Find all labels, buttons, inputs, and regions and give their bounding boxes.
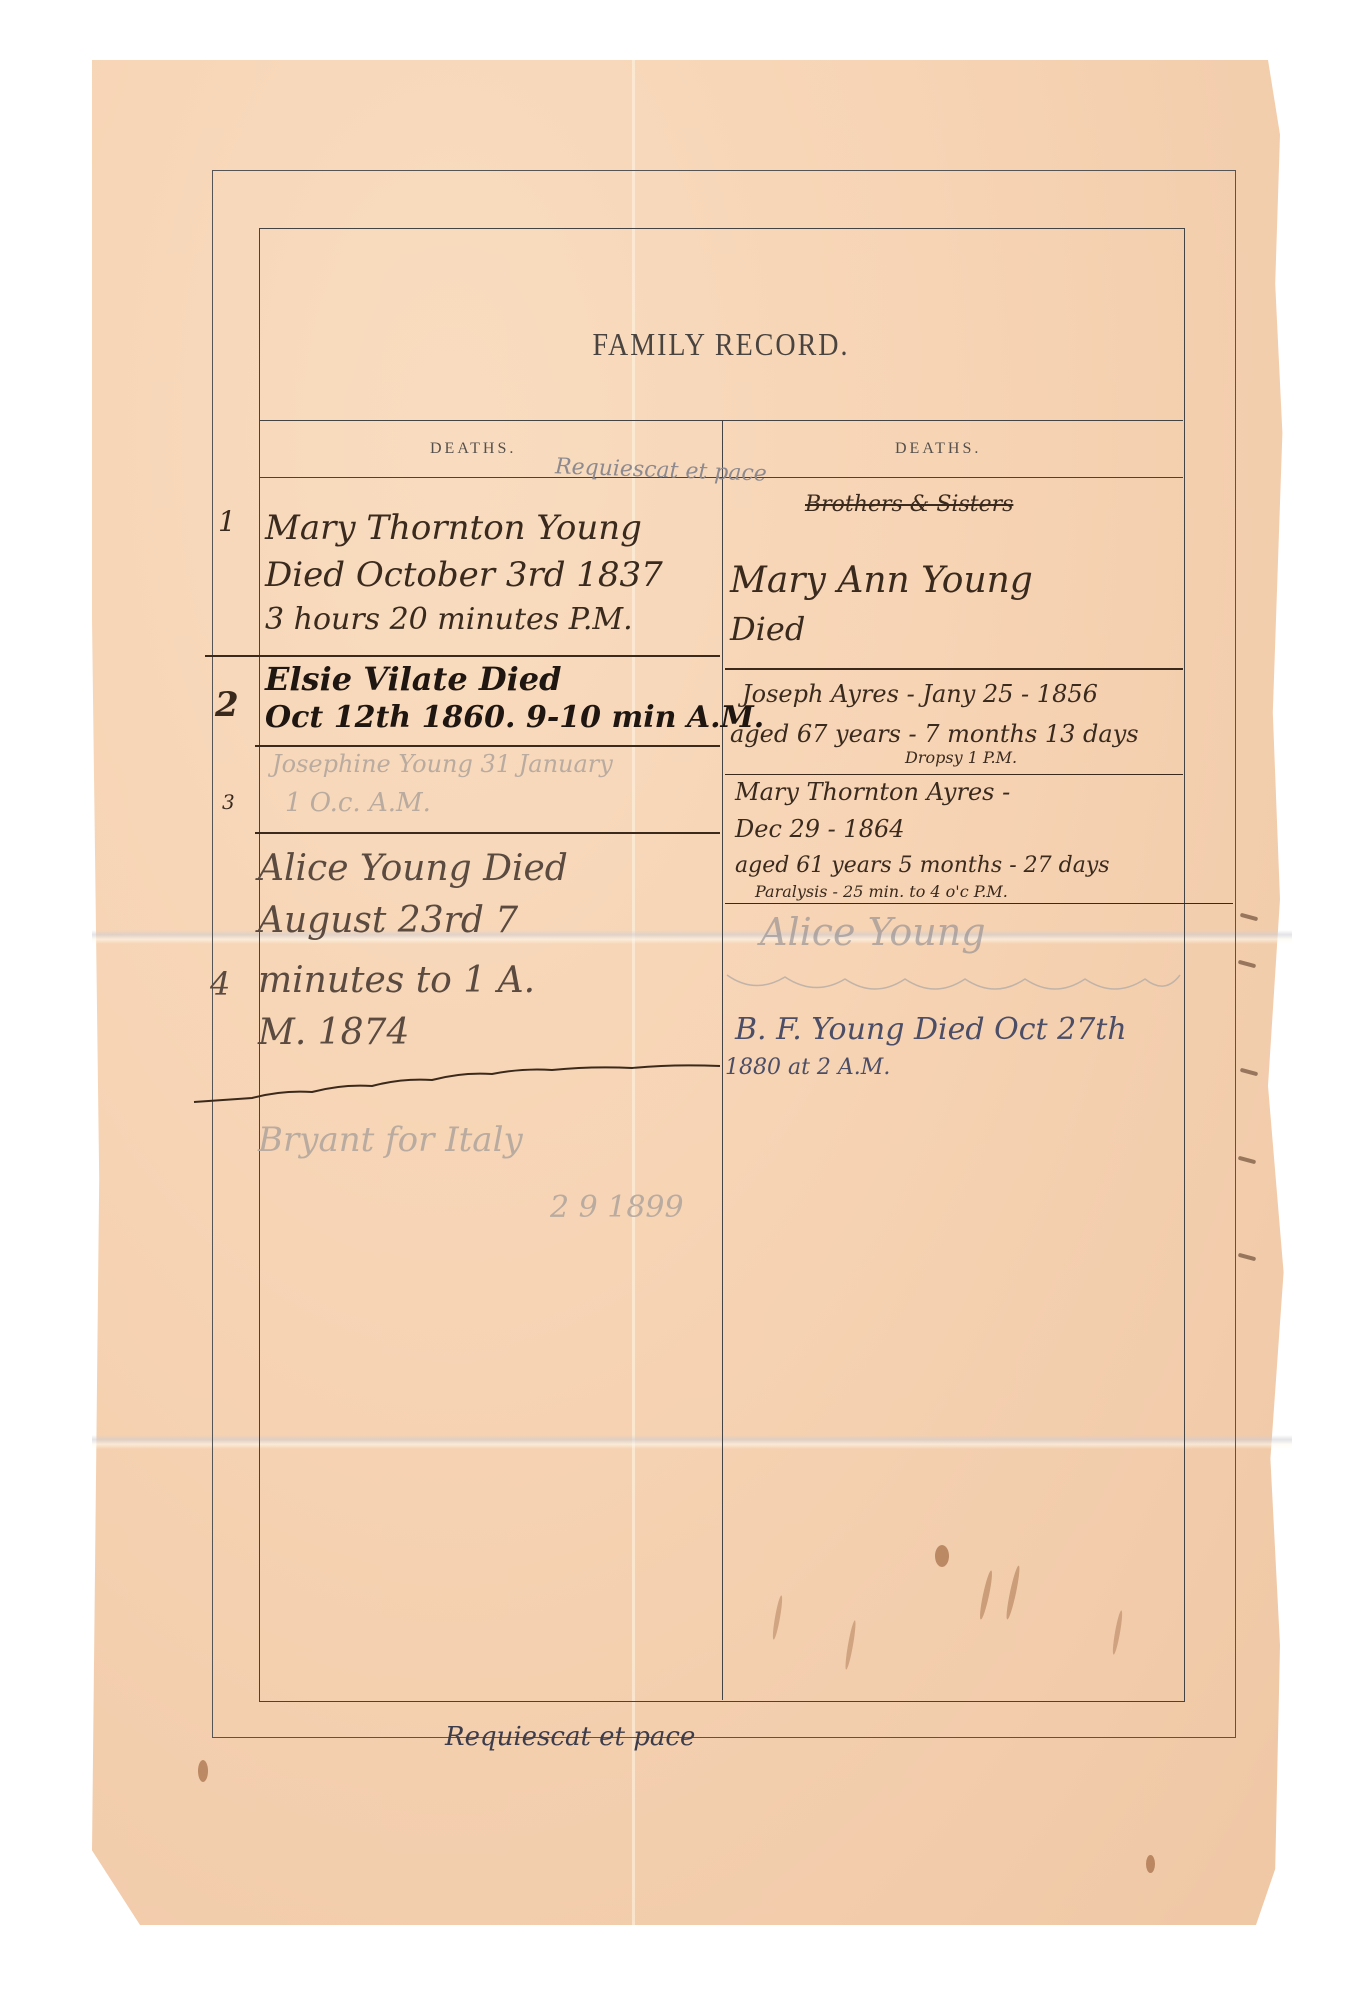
entry-line: 1 O.c. A.M. bbox=[285, 788, 431, 818]
entry-separator bbox=[255, 832, 720, 834]
entry-number: 4 bbox=[210, 965, 230, 1003]
header-top-rule bbox=[259, 420, 1183, 421]
entry-line: August 23rd 7 bbox=[258, 900, 518, 941]
entry-line: 3 hours 20 minutes P.M. bbox=[265, 602, 633, 637]
pencil-entry: Alice Young bbox=[760, 910, 986, 954]
entry-line: minutes to 1 A. bbox=[258, 960, 535, 1001]
entry-line: aged 67 years - 7 months 13 days bbox=[730, 720, 1139, 748]
page-title: FAMILY RECORD. bbox=[259, 328, 1183, 365]
entry-line: Dropsy 1 P.M. bbox=[905, 748, 1017, 767]
entry-line: Oct 12th 1860. 9-10 min A.M. bbox=[265, 700, 764, 735]
entry-line: Mary Thornton Ayres - bbox=[735, 778, 1010, 806]
entry-separator bbox=[725, 903, 1233, 904]
bottom-annotation: Requiescat et pace bbox=[445, 1722, 695, 1752]
entry-number: 1 bbox=[218, 505, 236, 538]
scalloped-pencil-line bbox=[725, 965, 1185, 1005]
entry-separator bbox=[725, 774, 1183, 775]
struck-heading: Brothers & Sisters bbox=[805, 492, 1013, 517]
entry-separator bbox=[255, 745, 720, 747]
entry-line: Paralysis - 25 min. to 4 o'c P.M. bbox=[755, 882, 1008, 901]
entry-separator bbox=[725, 668, 1183, 670]
entry-separator bbox=[205, 655, 720, 657]
entry-line: Joseph Ayres - Jany 25 - 1856 bbox=[742, 680, 1098, 708]
entry-line: 1880 at 2 A.M. bbox=[725, 1055, 890, 1080]
entry-number: 3 bbox=[222, 790, 235, 814]
entry-number: 2 bbox=[215, 685, 239, 725]
column-divider bbox=[722, 420, 723, 1700]
paper-stain bbox=[1146, 1855, 1155, 1873]
entry-line: Elsie Vilate Died bbox=[265, 660, 561, 698]
entry-line: Died October 3rd 1837 bbox=[265, 555, 663, 595]
entry-line: aged 61 years 5 months - 27 days bbox=[735, 853, 1110, 878]
entry-line: Mary Thornton Young bbox=[265, 508, 642, 548]
entry-line: Dec 29 - 1864 bbox=[735, 815, 905, 843]
entry-line: Died bbox=[730, 610, 805, 648]
entry-line: Josephine Young 31 January bbox=[272, 750, 613, 778]
entry-line: B. F. Young Died Oct 27th bbox=[735, 1012, 1127, 1047]
paper-stain bbox=[198, 1760, 208, 1782]
pencil-note: 2 9 1899 bbox=[550, 1190, 684, 1225]
entry-line: Alice Young Died bbox=[258, 848, 568, 889]
wavy-end-line bbox=[192, 1060, 722, 1110]
left-column-header: DEATHS. bbox=[430, 440, 516, 458]
entry-line: Mary Ann Young bbox=[730, 560, 1033, 601]
entry-line: M. 1874 bbox=[258, 1012, 409, 1053]
ink-blot bbox=[935, 1545, 949, 1567]
pencil-note: Bryant for Italy bbox=[258, 1120, 523, 1160]
right-column-header: DEATHS. bbox=[895, 440, 981, 458]
